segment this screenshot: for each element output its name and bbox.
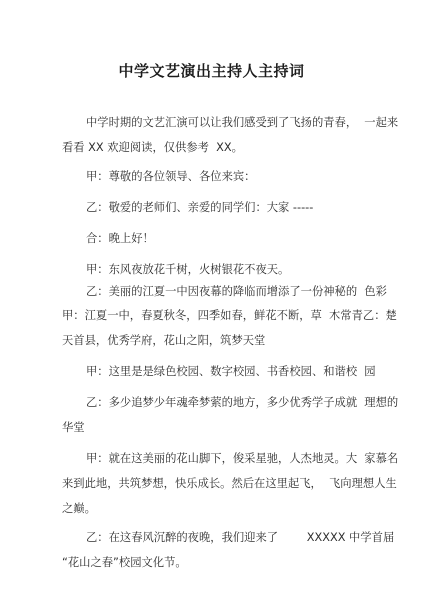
document-line: 乙：美丽的江夏一中因夜幕的降临而增添了一份神秘的 色彩: [86, 283, 387, 299]
document-line: 甲：尊敬的各位领导、各位来宾：: [86, 168, 255, 184]
document-line: 看看 XX 欢迎阅读，仅供参考 XX。: [62, 139, 243, 155]
document-line: 甲：就在这美丽的花山脚下，俊采星驰，人杰地灵。大 家慕名: [86, 450, 398, 466]
document-line: 甲：这里是是绿色校园、数字校园、书香校园、和谐校 园: [86, 363, 376, 379]
document-line: 中学时期的文艺汇演可以让我们感受到了飞扬的青春， 一起来: [86, 114, 398, 130]
document-title: 中学文艺演出主持人主持词: [0, 60, 423, 81]
document-line: 合：晚上好！: [86, 230, 154, 246]
document-line: “花山之春”校园文化节。: [62, 554, 187, 570]
document-line: 甲：东风夜放花千树，火树银花不夜天。: [86, 261, 289, 277]
document-line: 甲：江夏一中，春夏秋冬，四季如春，鲜花不断，草 木常青乙：楚: [62, 307, 397, 323]
document-line: 乙：在这春风沉醉的夜晚，我们迎来了 XXXXX 中学首届: [86, 529, 394, 545]
document-line: 乙：多少追梦少年魂牵梦萦的地方，多少优秀学子成就 理想的: [86, 394, 398, 410]
document-line: 华堂: [62, 419, 85, 435]
document-line: 来到此地，共筑梦想，快乐成长。然后在这里起飞， 飞向理想人生: [62, 475, 397, 491]
document-line: 乙：敬爱的老师们、亲爱的同学们：大家 -----: [86, 199, 313, 215]
document-line: 之巅。: [62, 500, 96, 516]
document-line: 天首县，优秀学府，花山之阳，筑梦天堂: [62, 332, 265, 348]
